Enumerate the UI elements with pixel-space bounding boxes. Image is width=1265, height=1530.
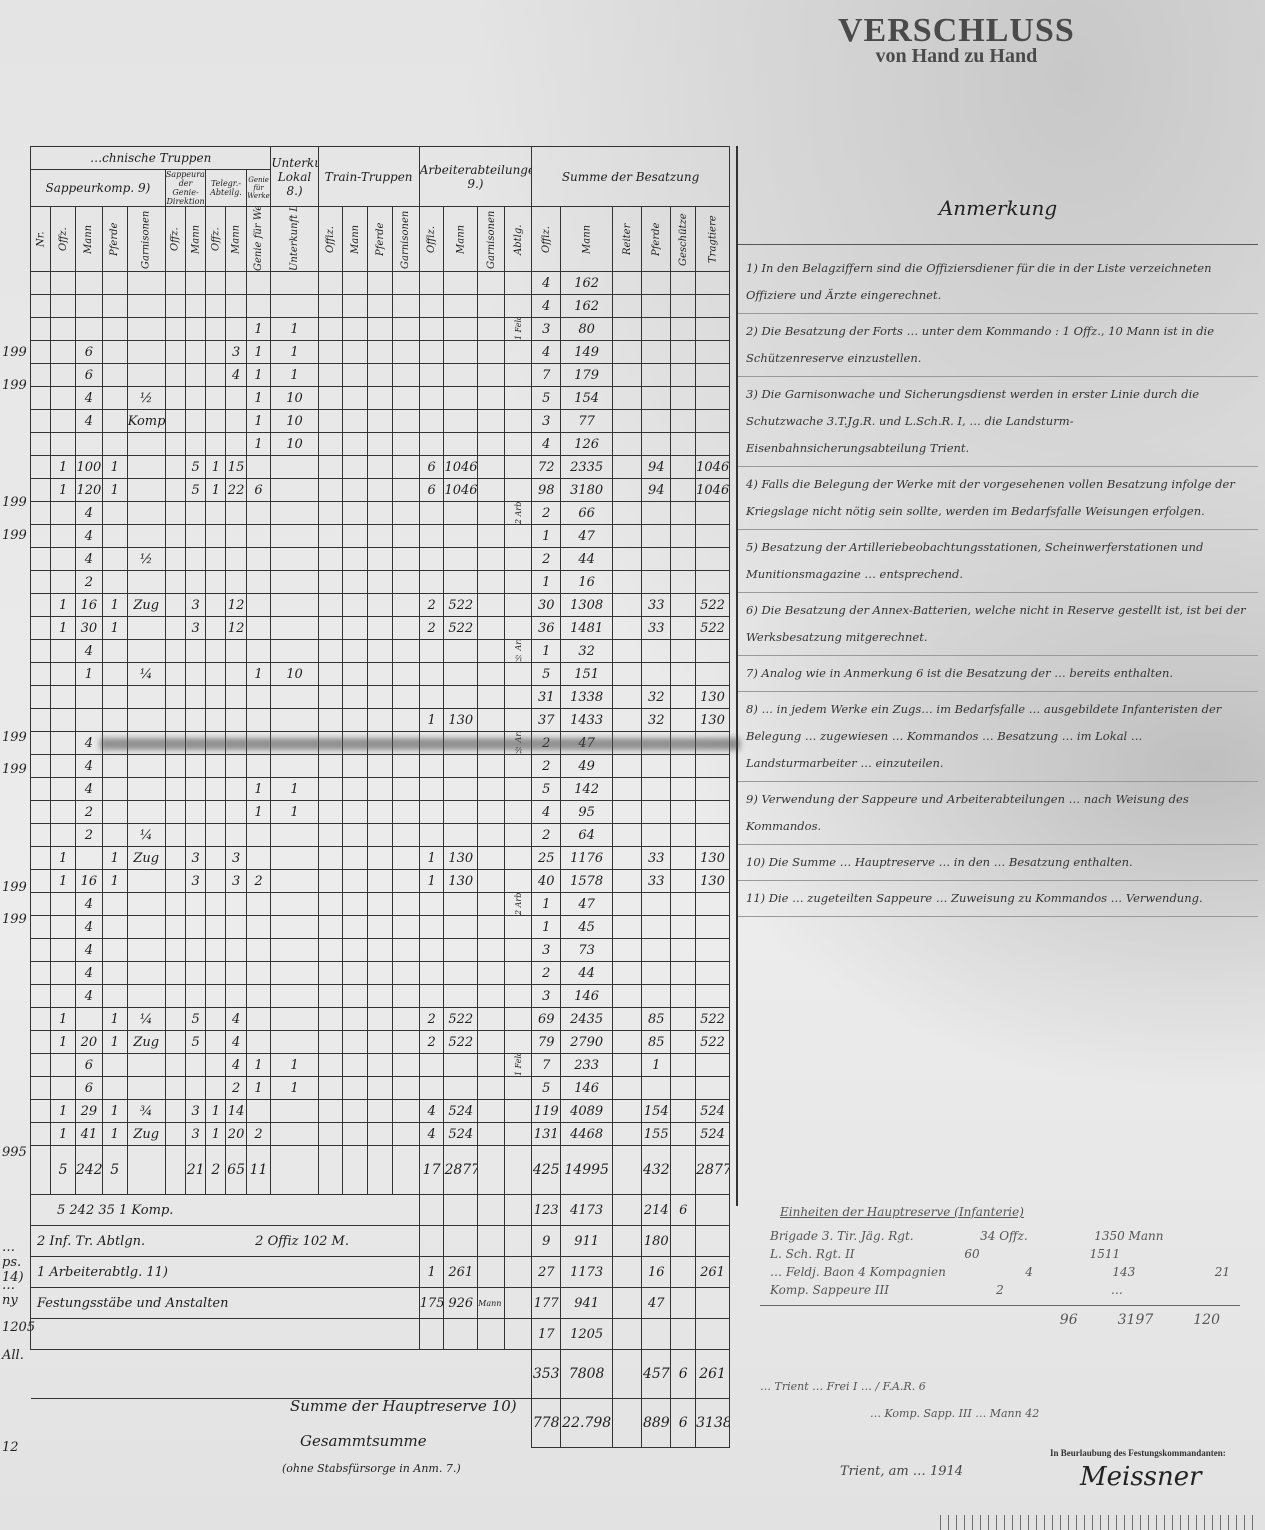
table-row: 64117179 — [31, 364, 730, 387]
cell-arb-mann — [444, 755, 478, 778]
cell-arb-mann: 130 — [444, 847, 478, 870]
cell-sum — [696, 663, 730, 686]
cell — [246, 295, 271, 318]
table-row: 31133832130 — [31, 686, 730, 709]
cell-group-label — [505, 1257, 532, 1288]
cell — [102, 502, 127, 525]
cell-sum — [613, 893, 642, 916]
cell-nr — [31, 847, 51, 870]
cell-arb-offz: 2 — [419, 594, 444, 617]
cell: 4 — [75, 778, 102, 801]
cell: ¼ — [127, 663, 165, 686]
cell-sum — [642, 502, 671, 525]
cell-sum: 98 — [532, 479, 561, 502]
cell — [206, 663, 226, 686]
cell — [226, 318, 246, 341]
cell-sum — [613, 709, 642, 732]
cell: 4 — [75, 893, 102, 916]
cell — [226, 295, 246, 318]
cell — [102, 778, 127, 801]
cell — [165, 1008, 185, 1031]
cell-sum: 2 — [532, 548, 561, 571]
cell-sum — [613, 571, 642, 594]
cell-train — [392, 663, 419, 686]
row-label: Festungsstäbe und Anstalten — [31, 1288, 420, 1319]
cell-train — [343, 571, 368, 594]
row-label — [31, 1319, 420, 1350]
cell — [206, 801, 226, 824]
cell-group-label — [505, 594, 532, 617]
cell — [206, 985, 226, 1008]
cell — [246, 962, 271, 985]
cell-sum — [613, 272, 642, 295]
cell — [165, 755, 185, 778]
cell — [51, 755, 76, 778]
cell-sum: 36 — [532, 617, 561, 640]
cell-train — [343, 341, 368, 364]
cell-sum: 49 — [561, 755, 613, 778]
cell-sum — [613, 985, 642, 1008]
cell — [206, 755, 226, 778]
cell-sum: 4 — [532, 341, 561, 364]
cell-sum: 6 — [671, 1350, 696, 1399]
cell-train — [368, 801, 393, 824]
table-row: 1¼1105151 — [31, 663, 730, 686]
cell — [186, 410, 206, 433]
cell — [127, 709, 165, 732]
cell-train — [368, 364, 393, 387]
cell — [51, 387, 76, 410]
cell-nr — [31, 341, 51, 364]
extra-row: Festungsstäbe und Anstalten175926Mann 47… — [31, 1288, 730, 1319]
cell-train — [343, 1054, 368, 1077]
cell-arb-mann: 524 — [444, 1100, 478, 1123]
cell — [102, 1077, 127, 1100]
cell-sum: 5 — [532, 387, 561, 410]
cell-arb-mann: 130 — [444, 870, 478, 893]
cell-train — [392, 525, 419, 548]
cell-sum: 131 — [532, 1123, 561, 1146]
cell — [165, 456, 185, 479]
cell-group-label — [505, 1319, 532, 1350]
table-row: 1201Zug54252279279085522 — [31, 1031, 730, 1054]
cell — [318, 525, 343, 548]
cell-sum: 261 — [696, 1350, 730, 1399]
cell — [206, 916, 226, 939]
cell: ½ — [127, 387, 165, 410]
cell-sum — [642, 295, 671, 318]
cell — [102, 916, 127, 939]
cell — [271, 1031, 318, 1054]
cell — [226, 686, 246, 709]
cell-train — [368, 1146, 393, 1195]
cell — [127, 479, 165, 502]
cell-arb-offz — [419, 341, 444, 364]
cell — [127, 962, 165, 985]
cell — [271, 824, 318, 847]
cell-sum: 162 — [561, 295, 613, 318]
cell: 1 — [102, 479, 127, 502]
cell-train — [343, 387, 368, 410]
cell-sum: 30 — [532, 594, 561, 617]
table-row: 113037143332130 — [31, 709, 730, 732]
cell-sum — [696, 1319, 730, 1350]
cell-train — [368, 594, 393, 617]
summary-offz: 4 — [1025, 1265, 1033, 1279]
cell-train — [392, 272, 419, 295]
cell — [127, 939, 165, 962]
cell — [186, 1077, 206, 1100]
cell — [127, 456, 165, 479]
cell — [127, 341, 165, 364]
cell-sum: 1176 — [561, 847, 613, 870]
cell: 4 — [75, 548, 102, 571]
margin-note: 995 — [2, 1145, 27, 1160]
cell-sum — [613, 824, 642, 847]
cell-nr — [31, 364, 51, 387]
cell-sum — [696, 640, 730, 663]
summary-mann: 143 — [1112, 1265, 1135, 1279]
cell — [206, 893, 226, 916]
cell-train — [392, 916, 419, 939]
cell-arb-garn — [478, 1008, 505, 1031]
cell-group-label — [505, 525, 532, 548]
cell — [127, 272, 165, 295]
table-row: 4147 — [31, 525, 730, 548]
column-header: Offiz. — [532, 207, 561, 272]
cell-arb-mann — [444, 295, 478, 318]
cell — [51, 364, 76, 387]
cell-sum — [671, 387, 696, 410]
cell-train — [392, 341, 419, 364]
cell-sum — [696, 525, 730, 548]
cell-sum: 1173 — [561, 1257, 613, 1288]
cell-train — [368, 341, 393, 364]
cell — [318, 1123, 343, 1146]
cell-sum — [671, 1100, 696, 1123]
cell-sum — [642, 939, 671, 962]
cell — [318, 571, 343, 594]
cell-train — [368, 479, 393, 502]
cell: ¼ — [127, 824, 165, 847]
cell-arb-offz — [419, 1319, 444, 1350]
cell — [206, 617, 226, 640]
cell: 4 — [226, 364, 246, 387]
cell-sum: 32 — [561, 640, 613, 663]
cell — [127, 364, 165, 387]
cell: 4 — [75, 732, 102, 755]
cell-sum: 2 — [532, 502, 561, 525]
cell-sum: 33 — [642, 847, 671, 870]
cell-sum — [642, 548, 671, 571]
cell: 5 — [186, 1008, 206, 1031]
cell — [186, 824, 206, 847]
cell-sum — [696, 801, 730, 824]
cell — [246, 824, 271, 847]
cell — [165, 916, 185, 939]
margin-note: 199 — [2, 762, 27, 777]
measurement-ruler — [940, 1515, 1260, 1530]
cell — [318, 824, 343, 847]
cell: 4 — [75, 916, 102, 939]
cell: 1 — [102, 1123, 127, 1146]
cell-sum — [642, 778, 671, 801]
cell-sum — [642, 387, 671, 410]
cell: 14 — [226, 1100, 246, 1123]
cell-sum: 522 — [696, 594, 730, 617]
cell-train — [368, 1077, 393, 1100]
cell-nr — [31, 1100, 51, 1123]
cell: 1 — [102, 456, 127, 479]
cell-train — [343, 755, 368, 778]
cell-sum: 40 — [532, 870, 561, 893]
cell-sum: 778 — [532, 1399, 561, 1448]
cell: 5 — [186, 479, 206, 502]
cell-arb-garn — [478, 1123, 505, 1146]
cell — [165, 1146, 185, 1195]
cell-sum: 37 — [532, 709, 561, 732]
cell-sum: 3 — [532, 985, 561, 1008]
cell-train — [392, 1100, 419, 1123]
cell-nr — [31, 916, 51, 939]
cell-sum: 261 — [696, 1257, 730, 1288]
cell: 10 — [271, 410, 318, 433]
cell — [165, 410, 185, 433]
cell — [186, 364, 206, 387]
cell-group-label: 2 Arb. Abtlgn. — [505, 502, 532, 525]
cell-nr — [31, 640, 51, 663]
remarks-section: Anmerkung 1) In den Belagziffern sind di… — [736, 146, 1258, 1206]
cell-arb-offz — [419, 318, 444, 341]
cell — [127, 870, 165, 893]
cell-sum — [671, 686, 696, 709]
remark-item: 9) Verwendung der Sappeure und Arbeitera… — [738, 782, 1258, 845]
cell: 3 — [226, 341, 246, 364]
cell: 2 — [206, 1146, 226, 1195]
cell — [318, 1077, 343, 1100]
cell: 3 — [186, 1100, 206, 1123]
cell-sum — [613, 318, 642, 341]
cell-sum: 154 — [561, 387, 613, 410]
cell-group-label — [505, 272, 532, 295]
cell-train — [343, 1123, 368, 1146]
table-row: 42 Arb. Abtlgn.266 — [31, 502, 730, 525]
cell-arb-garn — [478, 617, 505, 640]
table-row: 62115146 — [31, 1077, 730, 1100]
cell — [51, 709, 76, 732]
cell — [165, 663, 185, 686]
cell-sum — [696, 1054, 730, 1077]
cell-arb-offz — [419, 502, 444, 525]
cell-arb-offz — [419, 893, 444, 916]
cell — [102, 686, 127, 709]
cell-train — [392, 594, 419, 617]
cell-arb-garn — [478, 295, 505, 318]
cell: 4 — [75, 985, 102, 1008]
table-row: 1291¾311445241194089154524 — [31, 1100, 730, 1123]
cell-sum: 7808 — [561, 1350, 613, 1399]
cell-nr — [31, 985, 51, 1008]
summary-unit: … Feldj. Baon 4 Kompagnien — [770, 1265, 946, 1279]
cell-sum: 432 — [642, 1146, 671, 1195]
cell-train — [368, 387, 393, 410]
table-row: 4115142 — [31, 778, 730, 801]
cell — [206, 594, 226, 617]
cell — [318, 1031, 343, 1054]
cell-sum: 32 — [642, 709, 671, 732]
cell-sum — [642, 525, 671, 548]
cell-group-label — [505, 479, 532, 502]
cell: 10 — [271, 663, 318, 686]
cell — [246, 709, 271, 732]
cell: 1 — [102, 594, 127, 617]
cell-sum — [671, 1123, 696, 1146]
cell-nr — [31, 801, 51, 824]
row-label: 2 Inf. Tr. Abtlgn.2 Offiz 102 M. — [31, 1226, 420, 1257]
cell: 3 — [186, 847, 206, 870]
cell — [51, 893, 76, 916]
cell — [186, 801, 206, 824]
table-row: 4145 — [31, 916, 730, 939]
cell-train — [392, 617, 419, 640]
cell-sum — [696, 295, 730, 318]
cell-sum: 1578 — [561, 870, 613, 893]
cell: 1 — [102, 870, 127, 893]
cell: 1 — [102, 1100, 127, 1123]
cell-train — [368, 939, 393, 962]
cell: 6 — [246, 479, 271, 502]
cell-arb-offz: 4 — [419, 1123, 444, 1146]
cell-sum: 151 — [561, 663, 613, 686]
cell: 16 — [75, 870, 102, 893]
cell-train — [368, 686, 393, 709]
cell-arb-offz: 2 — [419, 1031, 444, 1054]
stamp-subtitle: von Hand zu Hand — [838, 46, 1075, 66]
cell-sum — [696, 272, 730, 295]
summary-total: 96 3197 120 — [760, 1305, 1240, 1328]
summary-row: L. Sch. Rgt. II601511 — [760, 1245, 1240, 1263]
cell: 1 — [51, 1100, 76, 1123]
cell — [102, 433, 127, 456]
cell-group-label — [505, 870, 532, 893]
cell — [226, 962, 246, 985]
cell: 4 — [75, 387, 102, 410]
cell-arb-garn — [478, 870, 505, 893]
gesamtsumme-sublabel: (ohne Stabsfürsorge in Anm. 7.) — [282, 1462, 461, 1475]
cell-sum — [671, 824, 696, 847]
cell-train — [392, 893, 419, 916]
cell — [102, 824, 127, 847]
cell: 12 — [226, 617, 246, 640]
cell: 22 — [226, 479, 246, 502]
column-header: Reiter — [613, 207, 642, 272]
summary-mann: … — [1111, 1283, 1123, 1297]
cell: 4 — [75, 410, 102, 433]
cell-nr — [31, 433, 51, 456]
cell-train — [392, 1077, 419, 1100]
cell-sum — [696, 1226, 730, 1257]
cell-arb-garn — [478, 939, 505, 962]
cell — [186, 755, 206, 778]
cell-sum — [671, 1031, 696, 1054]
cell-train — [343, 686, 368, 709]
cell-arb-mann — [444, 525, 478, 548]
margin-note: All. — [2, 1348, 24, 1363]
cell — [246, 1008, 271, 1031]
remark-item: 2) Die Besatzung der Forts … unter dem K… — [738, 314, 1258, 377]
cell-arb-mann — [444, 571, 478, 594]
cell-sum — [642, 824, 671, 847]
cell-sum — [642, 985, 671, 1008]
cell: 1 — [246, 410, 271, 433]
cell — [318, 801, 343, 824]
cell: Zug — [127, 594, 165, 617]
cell-sum — [613, 870, 642, 893]
cell-sum — [671, 456, 696, 479]
cell-group-label — [505, 663, 532, 686]
cell: 6 — [75, 1077, 102, 1100]
cell-sum — [642, 1077, 671, 1100]
cell-arb-mann — [444, 916, 478, 939]
cell-sum: 6 — [671, 1195, 696, 1226]
cell-sum: 524 — [696, 1123, 730, 1146]
cell-nr — [31, 548, 51, 571]
cell — [186, 640, 206, 663]
cell-train — [343, 410, 368, 433]
cell-train — [343, 479, 368, 502]
cell-train — [368, 548, 393, 571]
margin-note: 12 — [2, 1440, 19, 1455]
cell-nr — [31, 617, 51, 640]
extra-row: 1 Arbeiterabtlg. 11)126127117316261 — [31, 1257, 730, 1288]
cell-nr — [31, 1077, 51, 1100]
margin-note: 199 — [2, 730, 27, 745]
cell-arb-mann — [444, 502, 478, 525]
cell-group-label — [505, 778, 532, 801]
cell-sum: 162 — [561, 272, 613, 295]
cell: 1 — [246, 1077, 271, 1100]
cell — [271, 272, 318, 295]
cell — [318, 778, 343, 801]
cell: 2 — [246, 870, 271, 893]
cell-sum: 22.798 — [561, 1399, 613, 1448]
table-row: 11Zug33113025117633130 — [31, 847, 730, 870]
cell — [206, 870, 226, 893]
table-row: 4249 — [31, 755, 730, 778]
cell — [206, 686, 226, 709]
header-technical-troops: …chnische Truppen — [31, 147, 271, 170]
cell — [165, 594, 185, 617]
cell-arb-offz — [419, 663, 444, 686]
table-row: 1161332113040157833130 — [31, 870, 730, 893]
cell-sum — [613, 525, 642, 548]
cell — [186, 525, 206, 548]
cell-train — [368, 893, 393, 916]
cell-arb-garn — [478, 847, 505, 870]
cell-train — [392, 410, 419, 433]
column-header: Offiz. — [419, 207, 444, 272]
cell-sum: 1 — [532, 525, 561, 548]
cell-arb-garn — [478, 272, 505, 295]
cell — [165, 479, 185, 502]
cell-group-label — [505, 1226, 532, 1257]
cell-sum — [671, 1226, 696, 1257]
cell-sum: 45 — [561, 916, 613, 939]
cell-sum: 1 — [642, 1054, 671, 1077]
cell-sum: 425 — [532, 1146, 561, 1195]
cell-sum — [671, 341, 696, 364]
cell-sum — [613, 778, 642, 801]
